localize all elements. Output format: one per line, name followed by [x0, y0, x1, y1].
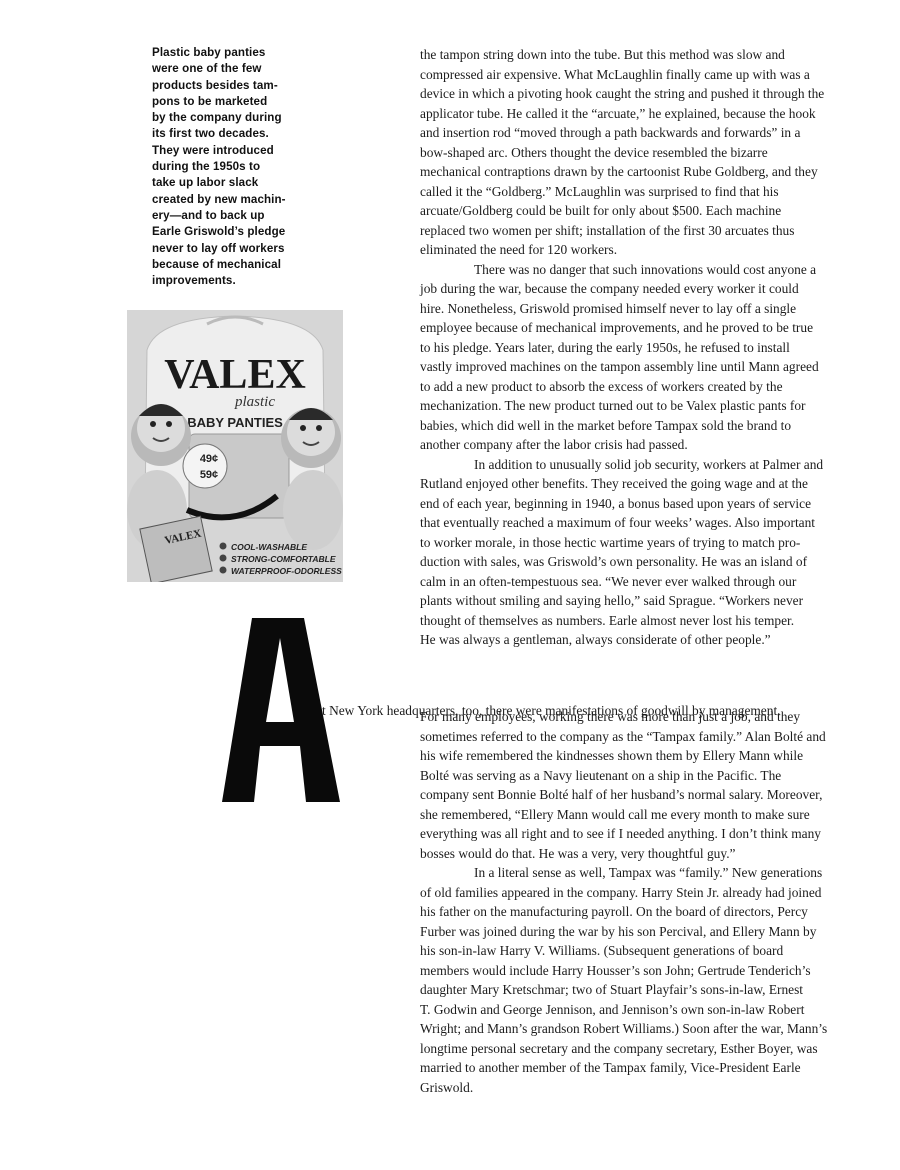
caption-line: They were introduced: [152, 143, 312, 159]
body-text-line: and insertion rod “moved through a path …: [420, 123, 860, 143]
body-text-line: plants without smiling and saying hello,…: [420, 591, 860, 611]
body-text-line: hire. Nonetheless, Griswold promised him…: [420, 299, 860, 319]
body-text-line: He was always a gentleman, always consid…: [420, 630, 860, 650]
body-column-top: the tampon string down into the tube. Bu…: [420, 45, 860, 650]
caption-line: its first two decades.: [152, 126, 312, 142]
body-text-line: she remembered, “Ellery Mann would call …: [420, 805, 860, 825]
body-text-line: calm in an often-tempestuous sea. “We ne…: [420, 572, 860, 592]
body-text-line: members would include Harry Housser’s so…: [420, 961, 860, 981]
body-text-line: device in which a pivoting hook caught t…: [420, 84, 860, 104]
svg-text:COOL-WASHABLE: COOL-WASHABLE: [231, 542, 307, 552]
caption-line: products besides tam-: [152, 78, 312, 94]
svg-text:59¢: 59¢: [200, 469, 218, 481]
body-text-line: his father on the manufacturing payroll.…: [420, 902, 860, 922]
body-text-line: bow-shaped arc. Others thought the devic…: [420, 143, 860, 163]
caption-line: never to lay off workers: [152, 241, 312, 257]
caption-line: by the company during: [152, 110, 312, 126]
body-text-line: applicator tube. He called it the “arcua…: [420, 104, 860, 124]
body-text-line: replaced two women per shift; installati…: [420, 221, 860, 241]
body-text-line: his son-in-law Harry V. Williams. (Subse…: [420, 941, 860, 961]
body-text-line: compressed air expensive. What McLaughli…: [420, 65, 860, 85]
body-text-line: Bolté was serving as a Navy lieutenant o…: [420, 766, 860, 786]
body-text-line: In a literal sense as well, Tampax was “…: [420, 863, 860, 883]
body-text-line: called it the “Goldberg.” McLaughlin was…: [420, 182, 860, 202]
svg-text:STRONG-COMFORTABLE: STRONG-COMFORTABLE: [231, 554, 336, 564]
body-text-line: bosses would do that. He was a very, ver…: [420, 844, 860, 864]
caption-line: Plastic baby panties: [152, 45, 312, 61]
body-text-line: vastly improved machines on the tampon a…: [420, 357, 860, 377]
body-text-line: mechanization. The new product turned ou…: [420, 396, 860, 416]
valex-advertisement-image: VALEX plastic BABY PANTIES 49¢ 59¢ VALEX…: [127, 310, 343, 582]
body-text-line: that eventually reached a maximum of fou…: [420, 513, 860, 533]
caption-line: were one of the few: [152, 61, 312, 77]
caption-line: because of mechanical: [152, 257, 312, 273]
body-text-line: eliminated the need for 120 workers.: [420, 240, 860, 260]
body-text-line: end of each year, beginning in 1940, a b…: [420, 494, 860, 514]
body-text-line: sometimes referred to the company as the…: [420, 727, 860, 747]
body-text-line: thought of themselves as numbers. Earle …: [420, 611, 860, 631]
caption-line: ery—and to back up: [152, 208, 312, 224]
body-text-line: employee because of mechanical improveme…: [420, 318, 860, 338]
body-text-line: married to another member of the Tampax …: [420, 1058, 860, 1078]
svg-text:BABY PANTIES: BABY PANTIES: [187, 415, 283, 430]
caption-line: during the 1950s to: [152, 159, 312, 175]
body-text-line: Furber was joined during the war by his …: [420, 922, 860, 942]
valex-ad-illustration: VALEX plastic BABY PANTIES 49¢ 59¢ VALEX…: [127, 310, 343, 582]
body-text-line: to worker morale, in those hectic wartim…: [420, 533, 860, 553]
caption-line: Earle Griswold’s pledge: [152, 224, 312, 240]
body-column-bottom: For many employees, working there was mo…: [420, 707, 860, 1097]
body-text-line: his wife remembered the kindnesses shown…: [420, 746, 860, 766]
body-text-line: company sent Bonnie Bolté half of her hu…: [420, 785, 860, 805]
photo-caption: Plastic baby pantieswere one of the fewp…: [152, 45, 312, 289]
body-text-line: Wright; and Mann’s grandson Robert Willi…: [420, 1019, 860, 1039]
body-text-line: For many employees, working there was mo…: [420, 707, 860, 727]
svg-text:49¢: 49¢: [200, 453, 218, 465]
body-text-line: mechanical contraptions drawn by the car…: [420, 162, 860, 182]
body-text-line: duction with sales, was Griswold’s own p…: [420, 552, 860, 572]
body-text-line: T. Godwin and George Jennison, and Jenni…: [420, 1000, 860, 1020]
body-text-line: to add a new product to absorb the exces…: [420, 377, 860, 397]
caption-line: pons to be marketed: [152, 94, 312, 110]
body-text-line: There was no danger that such innovation…: [420, 260, 860, 280]
body-text-line: of old families appeared in the company.…: [420, 883, 860, 903]
body-text-line: another company after the labor crisis h…: [420, 435, 860, 455]
body-text-line: everything was all right and to see if I…: [420, 824, 860, 844]
body-text-line: longtime personal secretary and the comp…: [420, 1039, 860, 1059]
svg-text:plastic: plastic: [234, 394, 275, 410]
body-text-line: job during the war, because the company …: [420, 279, 860, 299]
body-text-line: arcuate/Goldberg could be built for only…: [420, 201, 860, 221]
body-text-line: babies, which did well in the market bef…: [420, 416, 860, 436]
caption-line: take up labor slack: [152, 175, 312, 191]
body-text-line: to his pledge. Years later, during the e…: [420, 338, 860, 358]
body-text-line: In addition to unusually solid job secur…: [420, 455, 860, 475]
caption-line: created by new machin-: [152, 192, 312, 208]
caption-line: improvements.: [152, 273, 312, 289]
body-text-line: Rutland enjoyed other benefits. They rec…: [420, 474, 860, 494]
body-text-line: Griswold.: [420, 1078, 860, 1098]
ad-brand: VALEX: [164, 352, 306, 398]
svg-text:WATERPROOF-ODORLESS: WATERPROOF-ODORLESS: [231, 566, 342, 576]
body-text-line: daughter Mary Kretschmar; two of Stuart …: [420, 980, 860, 1000]
body-text-line: the tampon string down into the tube. Bu…: [420, 45, 860, 65]
